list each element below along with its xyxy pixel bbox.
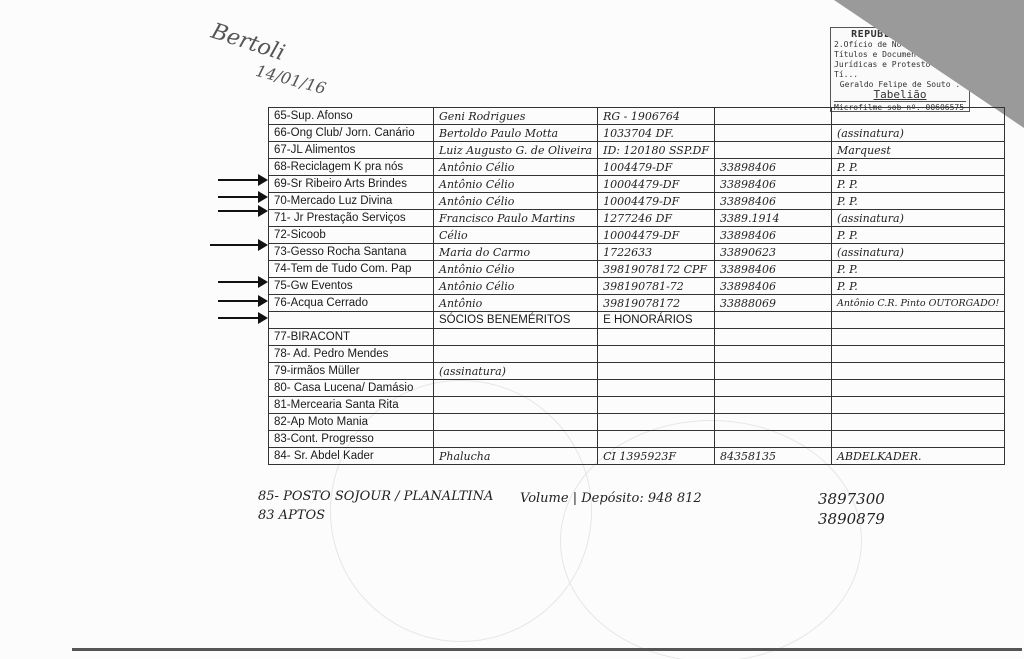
table-row: 70-Mercado Luz DivinaAntônio Célio100044…	[269, 193, 1005, 210]
scan-edge-line	[72, 648, 1022, 651]
phone	[714, 142, 831, 159]
table-row: 68-Reciclagem K pra nósAntônio Célio1004…	[269, 159, 1005, 176]
representative: Antônio Célio	[434, 193, 598, 210]
representative: Célio	[434, 227, 598, 244]
table-row: 77-BIRACONT	[269, 329, 1005, 346]
representative: Antônio Célio	[434, 159, 598, 176]
phone	[714, 431, 831, 448]
arrow-icon	[218, 179, 266, 181]
table-row: 80- Casa Lucena/ Damásio	[269, 380, 1005, 397]
representative: (assinatura)	[434, 363, 598, 380]
phone	[714, 397, 831, 414]
representative: Antônio Célio	[434, 261, 598, 278]
signature: (assinatura)	[831, 244, 1004, 261]
document-id	[598, 397, 715, 414]
phone: 33888069	[714, 295, 831, 312]
representative	[434, 329, 598, 346]
table-row: 66-Ong Club/ Jorn. CanárioBertoldo Paulo…	[269, 125, 1005, 142]
table-row: 65-Sup. AfonsoGeni RodriguesRG - 1906764	[269, 108, 1005, 125]
table-row: 67-JL AlimentosLuiz Augusto G. de Olivei…	[269, 142, 1005, 159]
representative	[434, 397, 598, 414]
signature	[831, 363, 1004, 380]
table-row: 79-irmãos Müller(assinatura)	[269, 363, 1005, 380]
section-header-row: SÓCIOS BENEMÉRITOSE HONORÁRIOS	[269, 312, 1005, 329]
document-id	[598, 363, 715, 380]
table-row: 81-Mercearia Santa Rita	[269, 397, 1005, 414]
document-id	[598, 380, 715, 397]
table-row: 82-Ap Moto Mania	[269, 414, 1005, 431]
handwritten-note-volume: Volume | Depósito: 948 812	[520, 491, 702, 506]
phone	[714, 312, 831, 329]
phone: 33898406	[714, 193, 831, 210]
table-row: 72-SicoobCélio10004479-DF33898406P. P.	[269, 227, 1005, 244]
document-id: 39819078172	[598, 295, 715, 312]
member-name: 66-Ong Club/ Jorn. Canário	[269, 125, 434, 142]
section-title-left: SÓCIOS BENEMÉRITOS	[434, 312, 598, 329]
handwritten-phone-2: 3890879	[818, 510, 885, 528]
signature: P. P.	[831, 193, 1004, 210]
member-name: 65-Sup. Afonso	[269, 108, 434, 125]
arrow-icon	[218, 300, 266, 302]
representative: Antônio Célio	[434, 278, 598, 295]
table-row: 69-Sr Ribeiro Arts BrindesAntônio Célio1…	[269, 176, 1005, 193]
signature: Antônio C.R. Pinto OUTORGADO!	[831, 295, 1004, 312]
signature: (assinatura)	[831, 210, 1004, 227]
phone: 33898406	[714, 159, 831, 176]
table-row: 78- Ad. Pedro Mendes	[269, 346, 1005, 363]
signature: Marquest	[831, 142, 1004, 159]
table-row: 75-Gw EventosAntônio Célio398190781-7233…	[269, 278, 1005, 295]
table-row: 73-Gesso Rocha SantanaMaria do Carmo1722…	[269, 244, 1005, 261]
document-id: 1277246 DF	[598, 210, 715, 227]
member-name: 72-Sicoob	[269, 227, 434, 244]
document-id: 398190781-72	[598, 278, 715, 295]
scanned-page: Bertoli 14/01/16 REPUBLICA FE... 2.Ofíci…	[0, 0, 1024, 659]
member-name: 82-Ap Moto Mania	[269, 414, 434, 431]
member-name: 81-Mercearia Santa Rita	[269, 397, 434, 414]
signature	[831, 108, 1004, 125]
phone: 3389.1914	[714, 210, 831, 227]
arrow-icon	[218, 317, 266, 319]
signature: (assinatura)	[831, 125, 1004, 142]
signature	[831, 329, 1004, 346]
representative: Francisco Paulo Martins	[434, 210, 598, 227]
member-name: 76-Acqua Cerrado	[269, 295, 434, 312]
member-name: 84- Sr. Abdel Kader	[269, 448, 434, 465]
member-name: 67-JL Alimentos	[269, 142, 434, 159]
signature	[831, 380, 1004, 397]
signature: P. P.	[831, 227, 1004, 244]
arrow-icon	[218, 196, 266, 198]
signature	[831, 431, 1004, 448]
document-id: 1033704 DF.	[598, 125, 715, 142]
phone	[714, 380, 831, 397]
phone: 33898406	[714, 176, 831, 193]
document-id: 1722633	[598, 244, 715, 261]
phone	[714, 363, 831, 380]
representative: Luiz Augusto G. de Oliveira	[434, 142, 598, 159]
arrow-icon	[218, 281, 266, 283]
representative: Antônio	[434, 295, 598, 312]
representative: Antônio Célio	[434, 176, 598, 193]
representative	[434, 414, 598, 431]
representative	[434, 380, 598, 397]
member-name: 75-Gw Eventos	[269, 278, 434, 295]
signature: ABDELKADER.	[831, 448, 1004, 465]
phone	[714, 414, 831, 431]
top-signature: Bertoli	[208, 19, 288, 66]
document-id: 39819078172 CPF	[598, 261, 715, 278]
phone	[714, 125, 831, 142]
signature	[831, 346, 1004, 363]
member-name: 77-BIRACONT	[269, 329, 434, 346]
arrow-icon	[218, 210, 266, 212]
document-id: RG - 1906764	[598, 108, 715, 125]
table-row: 76-Acqua CerradoAntônio39819078172338880…	[269, 295, 1005, 312]
phone	[714, 108, 831, 125]
member-name: 80- Casa Lucena/ Damásio	[269, 380, 434, 397]
representative: Bertoldo Paulo Motta	[434, 125, 598, 142]
table-row: 74-Tem de Tudo Com. PapAntônio Célio3981…	[269, 261, 1005, 278]
arrow-icon	[210, 244, 266, 246]
table-row: 71- Jr Prestação ServiçosFrancisco Paulo…	[269, 210, 1005, 227]
section-title-right: E HONORÁRIOS	[598, 312, 715, 329]
document-id	[598, 431, 715, 448]
top-signature-date: 14/01/16	[254, 61, 328, 98]
phone: 33890623	[714, 244, 831, 261]
phone: 33898406	[714, 278, 831, 295]
member-name: 73-Gesso Rocha Santana	[269, 244, 434, 261]
member-name	[269, 312, 434, 329]
member-name: 74-Tem de Tudo Com. Pap	[269, 261, 434, 278]
member-name: 68-Reciclagem K pra nós	[269, 159, 434, 176]
member-name: 79-irmãos Müller	[269, 363, 434, 380]
document-id: 1004479-DF	[598, 159, 715, 176]
member-name: 71- Jr Prestação Serviços	[269, 210, 434, 227]
members-table: 65-Sup. AfonsoGeni RodriguesRG - 1906764…	[268, 107, 1005, 465]
representative: Geni Rodrigues	[434, 108, 598, 125]
signature: P. P.	[831, 176, 1004, 193]
representative: Phalucha	[434, 448, 598, 465]
member-name: 70-Mercado Luz Divina	[269, 193, 434, 210]
document-id	[598, 329, 715, 346]
phone: 33898406	[714, 227, 831, 244]
signature	[831, 397, 1004, 414]
representative	[434, 346, 598, 363]
document-id: CI 1395923F	[598, 448, 715, 465]
document-id: 10004479-DF	[598, 176, 715, 193]
document-id: 10004479-DF	[598, 227, 715, 244]
signature	[831, 414, 1004, 431]
member-name: 78- Ad. Pedro Mendes	[269, 346, 434, 363]
document-id: ID: 120180 SSP.DF	[598, 142, 715, 159]
handwritten-note-aptos: 83 APTOS	[258, 508, 325, 523]
phone: 84358135	[714, 448, 831, 465]
document-id: 10004479-DF	[598, 193, 715, 210]
representative	[434, 431, 598, 448]
table-row: 83-Cont. Progresso	[269, 431, 1005, 448]
representative: Maria do Carmo	[434, 244, 598, 261]
signature: P. P.	[831, 159, 1004, 176]
phone	[714, 346, 831, 363]
signature: P. P.	[831, 261, 1004, 278]
member-name: 83-Cont. Progresso	[269, 431, 434, 448]
signature	[831, 312, 1004, 329]
handwritten-phone-1: 3897300	[818, 490, 885, 508]
phone	[714, 329, 831, 346]
handwritten-note-85: 85- POSTO SOJOUR / PLANALTINA	[258, 489, 493, 504]
phone: 33898406	[714, 261, 831, 278]
document-id	[598, 346, 715, 363]
member-name: 69-Sr Ribeiro Arts Brindes	[269, 176, 434, 193]
table-row: 84- Sr. Abdel KaderPhaluchaCI 1395923F84…	[269, 448, 1005, 465]
signature: P. P.	[831, 278, 1004, 295]
document-id	[598, 414, 715, 431]
